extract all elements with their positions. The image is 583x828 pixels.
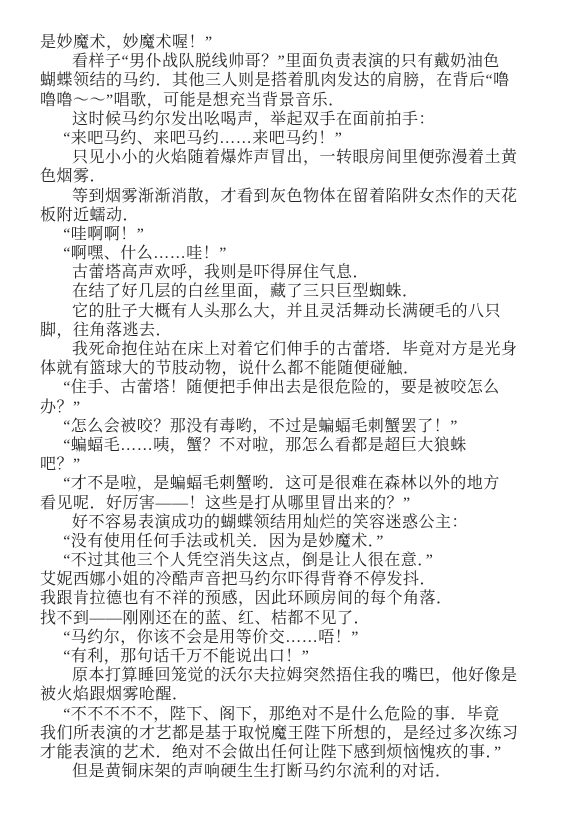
text-line: 蝴蝶领结的马约．其他三人则是搭着肌肉发达的肩膀，在背后“噜 <box>40 71 555 90</box>
text-line: 才能表演的艺术．绝对不会做出任何让陛下感到烦恼愧疚的事．” <box>40 743 555 762</box>
text-line: 体就有篮球大的节肢动物，说什么都不能随便碰触． <box>40 359 555 378</box>
text-line: “马约尔，你该不会是用等价交……唔！” <box>40 628 555 647</box>
text-line: 这时候马约尔发出吆喝声，举起双手在面前拍手： <box>40 110 555 129</box>
text-line: “住手、古蕾塔！随便把手伸出去是很危险的，要是被咬怎么 <box>40 378 555 397</box>
scanned-book-page: 是妙魔术，妙魔术喔！”看样子“男仆战队脱线帅哥？”里面负责表演的只有戴奶油色蝴蝶… <box>0 0 583 828</box>
text-line: 古蕾塔高声欢呼，我则是吓得屏住气息． <box>40 263 555 282</box>
text-line: 我死命抱住站在床上对着它们伸手的古蕾塔．毕竟对方是光身 <box>40 340 555 359</box>
text-line: 它的肚子大概有人头那么大，并且灵活舞动长满硬毛的八只 <box>40 302 555 321</box>
text-line: 艾妮西娜小姐的冷酷声音把马约尔吓得背脊不停发抖． <box>40 570 555 589</box>
text-line: 在结了好几层的白丝里面，藏了三只巨型蜘蛛． <box>40 282 555 301</box>
text-line: 我跟肯拉德也有不祥的预感，因此环顾房间的每个角落． <box>40 589 555 608</box>
text-line: 噜噜～～”唱歌，可能是想充当背景音乐． <box>40 91 555 110</box>
text-line: “啊嘿、什么……哇！” <box>40 244 555 263</box>
text-line: 色烟雾． <box>40 167 555 186</box>
text-line: “蝙蝠毛……咦，蟹？不对啦，那怎么看都是超巨大狼蛛 <box>40 436 555 455</box>
text-line: 吧？” <box>40 455 555 474</box>
text-line: 被火焰跟烟雾呛醒． <box>40 685 555 704</box>
text-line: 看见呢．好厉害——！这些是打从哪里冒出来的？” <box>40 494 555 513</box>
text-line: 是妙魔术，妙魔术喔！” <box>40 33 555 52</box>
text-line: 办？” <box>40 398 555 417</box>
text-line: “不不不不不，陛下、阁下，那绝对不是什么危险的事．毕竟 <box>40 705 555 724</box>
text-line: “怎么会被咬？那没有毒哟，不过是蝙蝠毛刺蟹罢了！” <box>40 417 555 436</box>
text-line: “有利，那句话千万不能说出口！” <box>40 647 555 666</box>
text-line: 等到烟雾渐渐消散，才看到灰色物体在留着陷阱女杰作的天花 <box>40 187 555 206</box>
text-line: 原本打算睡回笼觉的沃尔夫拉姆突然捂住我的嘴巴，他好像是 <box>40 666 555 685</box>
text-line: 看样子“男仆战队脱线帅哥？”里面负责表演的只有戴奶油色 <box>40 52 555 71</box>
text-line: 找不到——刚刚还在的蓝、红、桔都不见了． <box>40 609 555 628</box>
text-line: “没有使用任何手法或机关．因为是妙魔术．” <box>40 532 555 551</box>
text-line: “哇啊啊！” <box>40 225 555 244</box>
text-line: 我们所表演的才艺都是基于取悦魔王陛下所想的，是经过多次练习 <box>40 724 555 743</box>
page-text: 是妙魔术，妙魔术喔！”看样子“男仆战队脱线帅哥？”里面负责表演的只有戴奶油色蝴蝶… <box>40 33 555 781</box>
text-line: 板附近蠕动． <box>40 206 555 225</box>
text-line: 只见小小的火焰随着爆炸声冒出，一转眼房间里便弥漫着土黄 <box>40 148 555 167</box>
text-line: 脚，往角落逃去． <box>40 321 555 340</box>
text-line: “不过其他三个人凭空消失这点，倒是让人很在意．” <box>40 551 555 570</box>
text-line: “来吧马约、来吧马约……来吧马约！” <box>40 129 555 148</box>
text-line: 好不容易表演成功的蝴蝶领结用灿烂的笑容迷惑公主： <box>40 513 555 532</box>
text-line: 但是黄铜床架的声响硬生生打断马约尔流利的对话． <box>40 762 555 781</box>
text-line: “才不是啦，是蝙蝠毛刺蟹哟．这可是很难在森林以外的地方 <box>40 474 555 493</box>
